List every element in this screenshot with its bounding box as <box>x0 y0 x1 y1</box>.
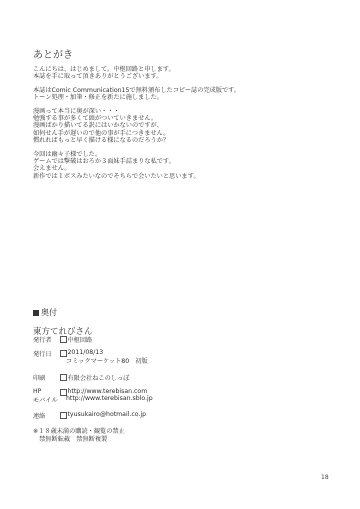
mobile-row: モバイル http://www.terebisan.sblo.jp <box>33 395 153 404</box>
printer-value: 有限会社ねこのしっぽ <box>68 373 130 382</box>
publisher-value: 中枢回路 <box>68 335 93 344</box>
text-line: 今回は幽々子様でした。 <box>33 151 240 158</box>
publisher-row: 発行者 中枢回路 <box>33 335 92 344</box>
date-label: 発行日 <box>33 349 60 358</box>
checkbox-square-icon <box>60 374 67 381</box>
afterword-body: こんにちは、はじめまして。中枢回路と申します。 本誌を手に取って頂きありがとうご… <box>33 66 240 186</box>
checkbox-square-icon <box>60 412 67 419</box>
mobile-label: モバイル <box>33 395 60 404</box>
afterword-paragraph: 今回は幽々子様でした。 ゲームでは撃破はおろか３面妹手詰まりな私です。 会えませ… <box>33 151 240 181</box>
mobile-value[interactable]: http://www.terebisan.sblo.jp <box>66 395 153 404</box>
event-value: コミックマーケット80 初版 <box>66 356 148 365</box>
notice: ※１８歳未満の購読・観覧の禁止 禁無断転載 禁無断複製 <box>33 428 125 443</box>
checkbox-square-icon <box>60 336 67 343</box>
publisher-label: 発行者 <box>33 335 60 344</box>
copyright-notice: 禁無断転載 禁無断複製 <box>33 436 125 444</box>
contact-label: 連絡 <box>33 411 60 420</box>
text-line: 漫画って本当に奥が深い・・・ <box>33 108 240 115</box>
text-line: トーン処理・加筆・修正を新たに施しました。 <box>33 94 240 101</box>
afterword-paragraph: 本誌はComic Communication15で無料頒布したコピー誌の完成版で… <box>33 87 240 102</box>
book-page: あとがき こんにちは、はじめまして。中枢回路と申します。 本誌を手に取って頂きあ… <box>0 0 360 509</box>
age-restriction-notice: ※１８歳未満の購読・観覧の禁止 <box>33 428 125 436</box>
printer-label: 印刷 <box>33 373 60 382</box>
colophon-title-text: 奥付 <box>41 307 57 318</box>
colophon-heading: 奥付 <box>33 307 57 318</box>
text-line: 本誌を手に取って頂きありがとうございます。 <box>33 73 240 80</box>
afterword-paragraph: 漫画って本当に奥が深い・・・ 勉強する事が多くて頭がついていきません。 漫画ばか… <box>33 108 240 145</box>
contact-value[interactable]: tyusukairo@hotmail.co.jp <box>68 411 147 420</box>
afterword-heading: あとがき <box>33 46 73 61</box>
text-line: 慣れればもっと早く描ける様になるのだろうか？ <box>33 137 240 144</box>
text-line: 会えません。 <box>33 165 240 172</box>
text-line: 新作では１ボスみたいなのでそちらで会いたいと思います。 <box>33 173 240 180</box>
afterword-paragraph: こんにちは、はじめまして。中枢回路と申します。 本誌を手に取って頂きありがとうご… <box>33 66 240 81</box>
square-bullet-icon <box>33 310 39 316</box>
printer-row: 印刷 有限会社ねこのしっぽ <box>33 373 129 382</box>
contact-row: 連絡 tyusukairo@hotmail.co.jp <box>33 411 146 420</box>
page-number: 18 <box>321 474 329 481</box>
text-line: 漫画ばかり描いてる訳にはいかないのですが、 <box>33 122 240 129</box>
